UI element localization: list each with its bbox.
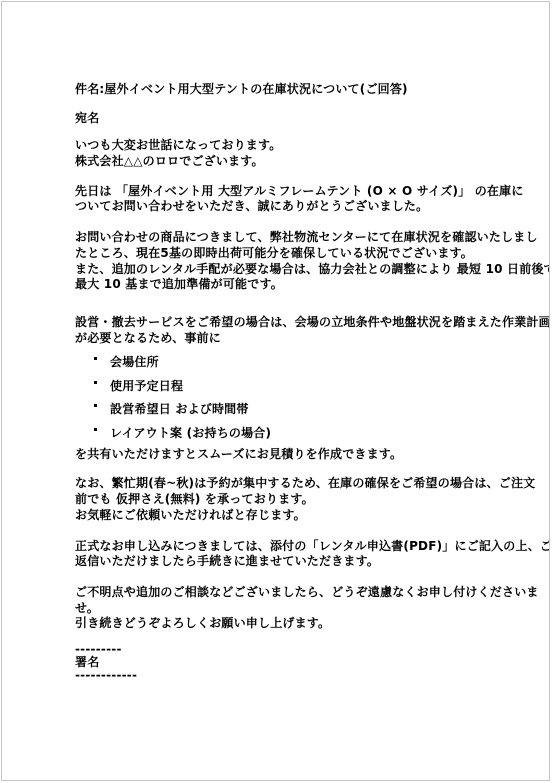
busy-season-paragraph: なお、繁忙期(春~秋)は予約が集中するため、在庫の確保をご希望の場合は、ご注文 … [75,476,500,523]
list-item: 設営希望日 および時間帯 [75,401,500,417]
email-body: 件名:屋外イベント用大型テントの在庫状況について(ご回答) 宛名 いつも大変お世… [75,82,500,682]
signature-divider-top: --------- [75,643,500,656]
document-page: 件名:屋外イベント用大型テントの在庫状況について(ご回答) 宛名 いつも大変お世… [1,1,550,781]
closing-line-1: ご不明点や追加のご相談などございましたら、どうぞ遠慮なくお申し付けくださいま [75,585,500,601]
list-item-label: レイアウト案 (お持ちの場合) [110,426,271,440]
bullet-icon [94,428,97,431]
setup-service-paragraph: 設営・撤去サービスをご希望の場合は、会場の立地条件や地盤状況を踏まえた作業計画 … [75,315,500,346]
application-line-2: 返信いただけましたら手続きに進ませていただきます。 [75,554,500,570]
closing-paragraph: ご不明点や追加のご相談などございましたら、どうぞ遠慮なくお申し付けくださいま せ… [75,585,500,632]
list-item: レイアウト案 (お持ちの場合) [75,425,500,441]
busy-line-1: なお、繁忙期(春~秋)は予約が集中するため、在庫の確保をご希望の場合は、ご注文 [75,476,500,492]
setup-line-1: 設営・撤去サービスをご希望の場合は、会場の立地条件や地盤状況を踏まえた作業計画 [75,315,500,331]
recipient-placeholder: 宛名 [75,111,500,127]
stock-line-2: たところ、現在5基の即時出荷可能分を確保している状況でございます。 [75,246,500,262]
stock-line-3: また、追加のレンタル手配が必要な場合は、協力会社との調整により 最短 10 日前… [75,262,500,278]
signature-divider-bottom: ------------ [75,669,500,682]
busy-line-3: お気軽にご依頼いただければと存じます。 [75,508,500,524]
signature-block: --------- 署名 ------------ [75,643,500,682]
setup-line-2: が必要となるため、事前に [75,331,500,347]
list-item-label: 使用予定日程 [110,379,183,393]
list-item: 会場住所 [75,354,500,370]
bullet-icon [94,381,97,384]
greeting-line-1: いつも大変お世話になっております。 [75,138,500,154]
list-item: 使用予定日程 [75,378,500,394]
bullet-icon [94,357,97,360]
stock-status-paragraph: お問い合わせの商品につきまして、弊社物流センターにて在庫状況を確認いたしまし た… [75,230,500,293]
required-items-list: 会場住所 使用予定日程 設営希望日 および時間帯 レイアウト案 (お持ちの場合) [75,354,500,441]
list-item-label: 設営希望日 および時間帯 [110,402,249,416]
stock-line-1: お問い合わせの商品につきまして、弊社物流センターにて在庫状況を確認いたしまし [75,230,500,246]
greeting-line-2: 株式会社△△のロロでございます。 [75,154,500,170]
application-line-1: 正式なお申し込みにつきましては、添付の「レンタル申込書(PDF)」にご記入の上、… [75,539,500,555]
after-list-line: を共有いただけますとスムーズにお見積りを作成できます。 [75,447,500,463]
application-paragraph: 正式なお申し込みにつきましては、添付の「レンタル申込書(PDF)」にご記入の上、… [75,539,500,570]
thanks-line-2: ついてお問い合わせをいただき、誠にありがとうございました。 [75,199,500,215]
greeting-paragraph: いつも大変お世話になっております。 株式会社△△のロロでございます。 [75,138,500,169]
list-item-label: 会場住所 [110,355,159,369]
signature-label: 署名 [75,656,500,669]
closing-line-3: 引き続きどうぞよろしくお願い申し上げます。 [75,616,500,632]
thanks-line-1: 先日は 「屋外イベント用 大型アルミフレームテント (O × O サイズ)」 の… [75,184,500,200]
closing-line-2: せ。 [75,601,500,617]
stock-line-4: 最大 10 基まで追加準備が可能です。 [75,277,500,293]
thanks-paragraph: 先日は 「屋外イベント用 大型アルミフレームテント (O × O サイズ)」 の… [75,184,500,215]
subject-line: 件名:屋外イベント用大型テントの在庫状況について(ご回答) [75,82,500,98]
bullet-icon [94,404,97,407]
busy-line-2: 前でも 仮押さえ(無料) を承っております。 [75,492,500,508]
